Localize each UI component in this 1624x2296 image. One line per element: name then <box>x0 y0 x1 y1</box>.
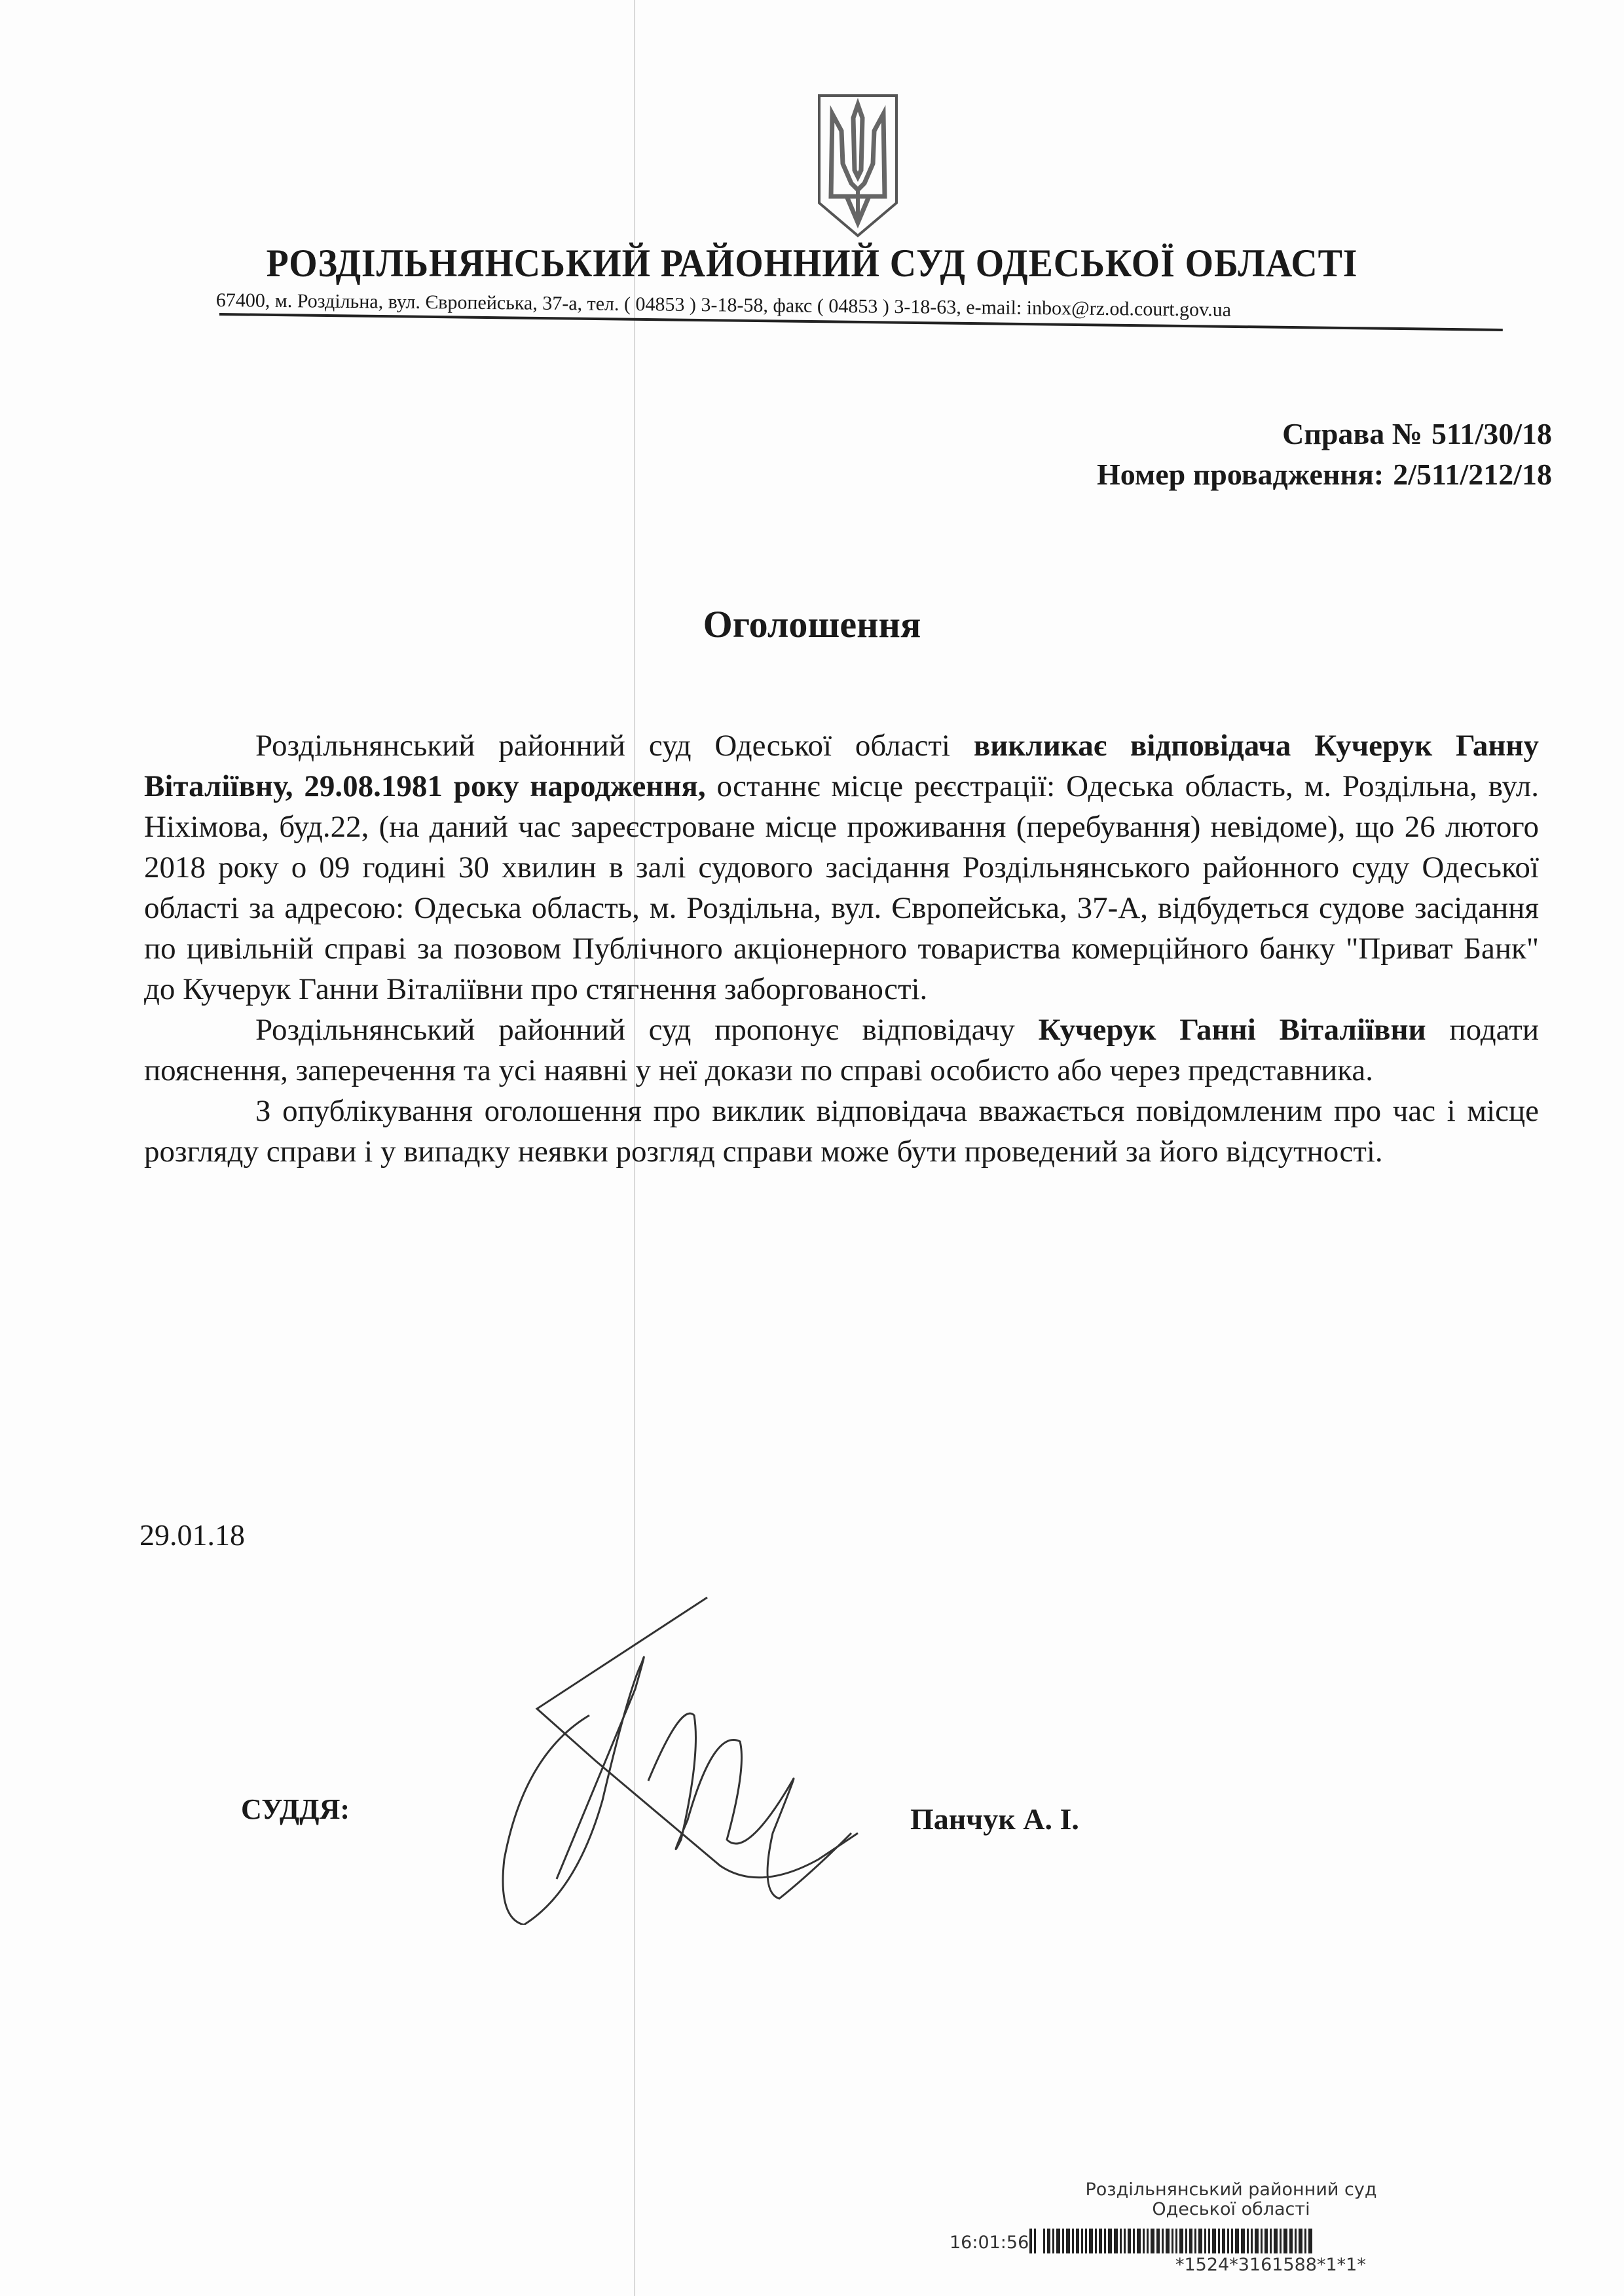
text-segment: Роздільнянський районний суд Одеської об… <box>255 729 974 763</box>
case-number-row: Справа №511/30/18 <box>1097 414 1552 454</box>
paragraph-notice: З опублікування оголошення про виклик ві… <box>144 1091 1539 1172</box>
proceeding-number-row: Номер провадження:2/511/212/18 <box>1097 454 1552 495</box>
paragraph-proposal: Роздільнянський районний суд пропонує ві… <box>144 1010 1539 1091</box>
judge-name: Панчук А. І. <box>910 1802 1079 1836</box>
stamp-code: *1524*3161588*1*1* <box>1175 2255 1366 2275</box>
trident-emblem-icon <box>815 92 900 239</box>
judge-label: СУДДЯ: <box>241 1793 350 1826</box>
case-number: 511/30/18 <box>1431 417 1552 450</box>
court-address: 67400, м. Роздільна, вул. Європейська, 3… <box>216 289 1513 324</box>
text-segment: останнє місце реєстрації: Одеська област… <box>144 769 1539 1006</box>
court-name-heading: РОЗДІЛЬНЯНСЬКИЙ РАЙОННИЙ СУД ОДЕСЬКОЇ ОБ… <box>240 241 1384 286</box>
case-info: Справа №511/30/18 Номер провадження:2/51… <box>1097 414 1552 495</box>
barcode-icon <box>1029 2229 1449 2253</box>
stamp-court-name: Роздільнянський районний суд Одеської об… <box>1067 2180 1395 2219</box>
announcement-body: Роздільнянський районний суд Одеської об… <box>144 725 1539 1172</box>
stamp-court-line: Роздільнянський районний суд <box>1067 2180 1395 2200</box>
proceeding-label: Номер провадження: <box>1097 458 1384 491</box>
document-title: Оголошення <box>0 602 1624 646</box>
document-page: РОЗДІЛЬНЯНСЬКИЙ РАЙОННИЙ СУД ОДЕСЬКОЇ ОБ… <box>0 0 1624 2296</box>
stamp-time: 16:01:56 <box>950 2232 1029 2253</box>
defendant-bold: Кучерук Ганні Віталіївни <box>1039 1013 1426 1047</box>
proceeding-number: 2/511/212/18 <box>1393 458 1552 491</box>
document-date: 29.01.18 <box>139 1518 245 1552</box>
stamp-court-line: Одеської області <box>1067 2200 1395 2219</box>
signature-icon <box>485 1584 956 1925</box>
text-segment: Роздільнянський районний суд пропонує ві… <box>255 1013 1039 1047</box>
paragraph-summons: Роздільнянський районний суд Одеської об… <box>144 725 1539 1010</box>
case-label: Справа № <box>1282 417 1422 450</box>
